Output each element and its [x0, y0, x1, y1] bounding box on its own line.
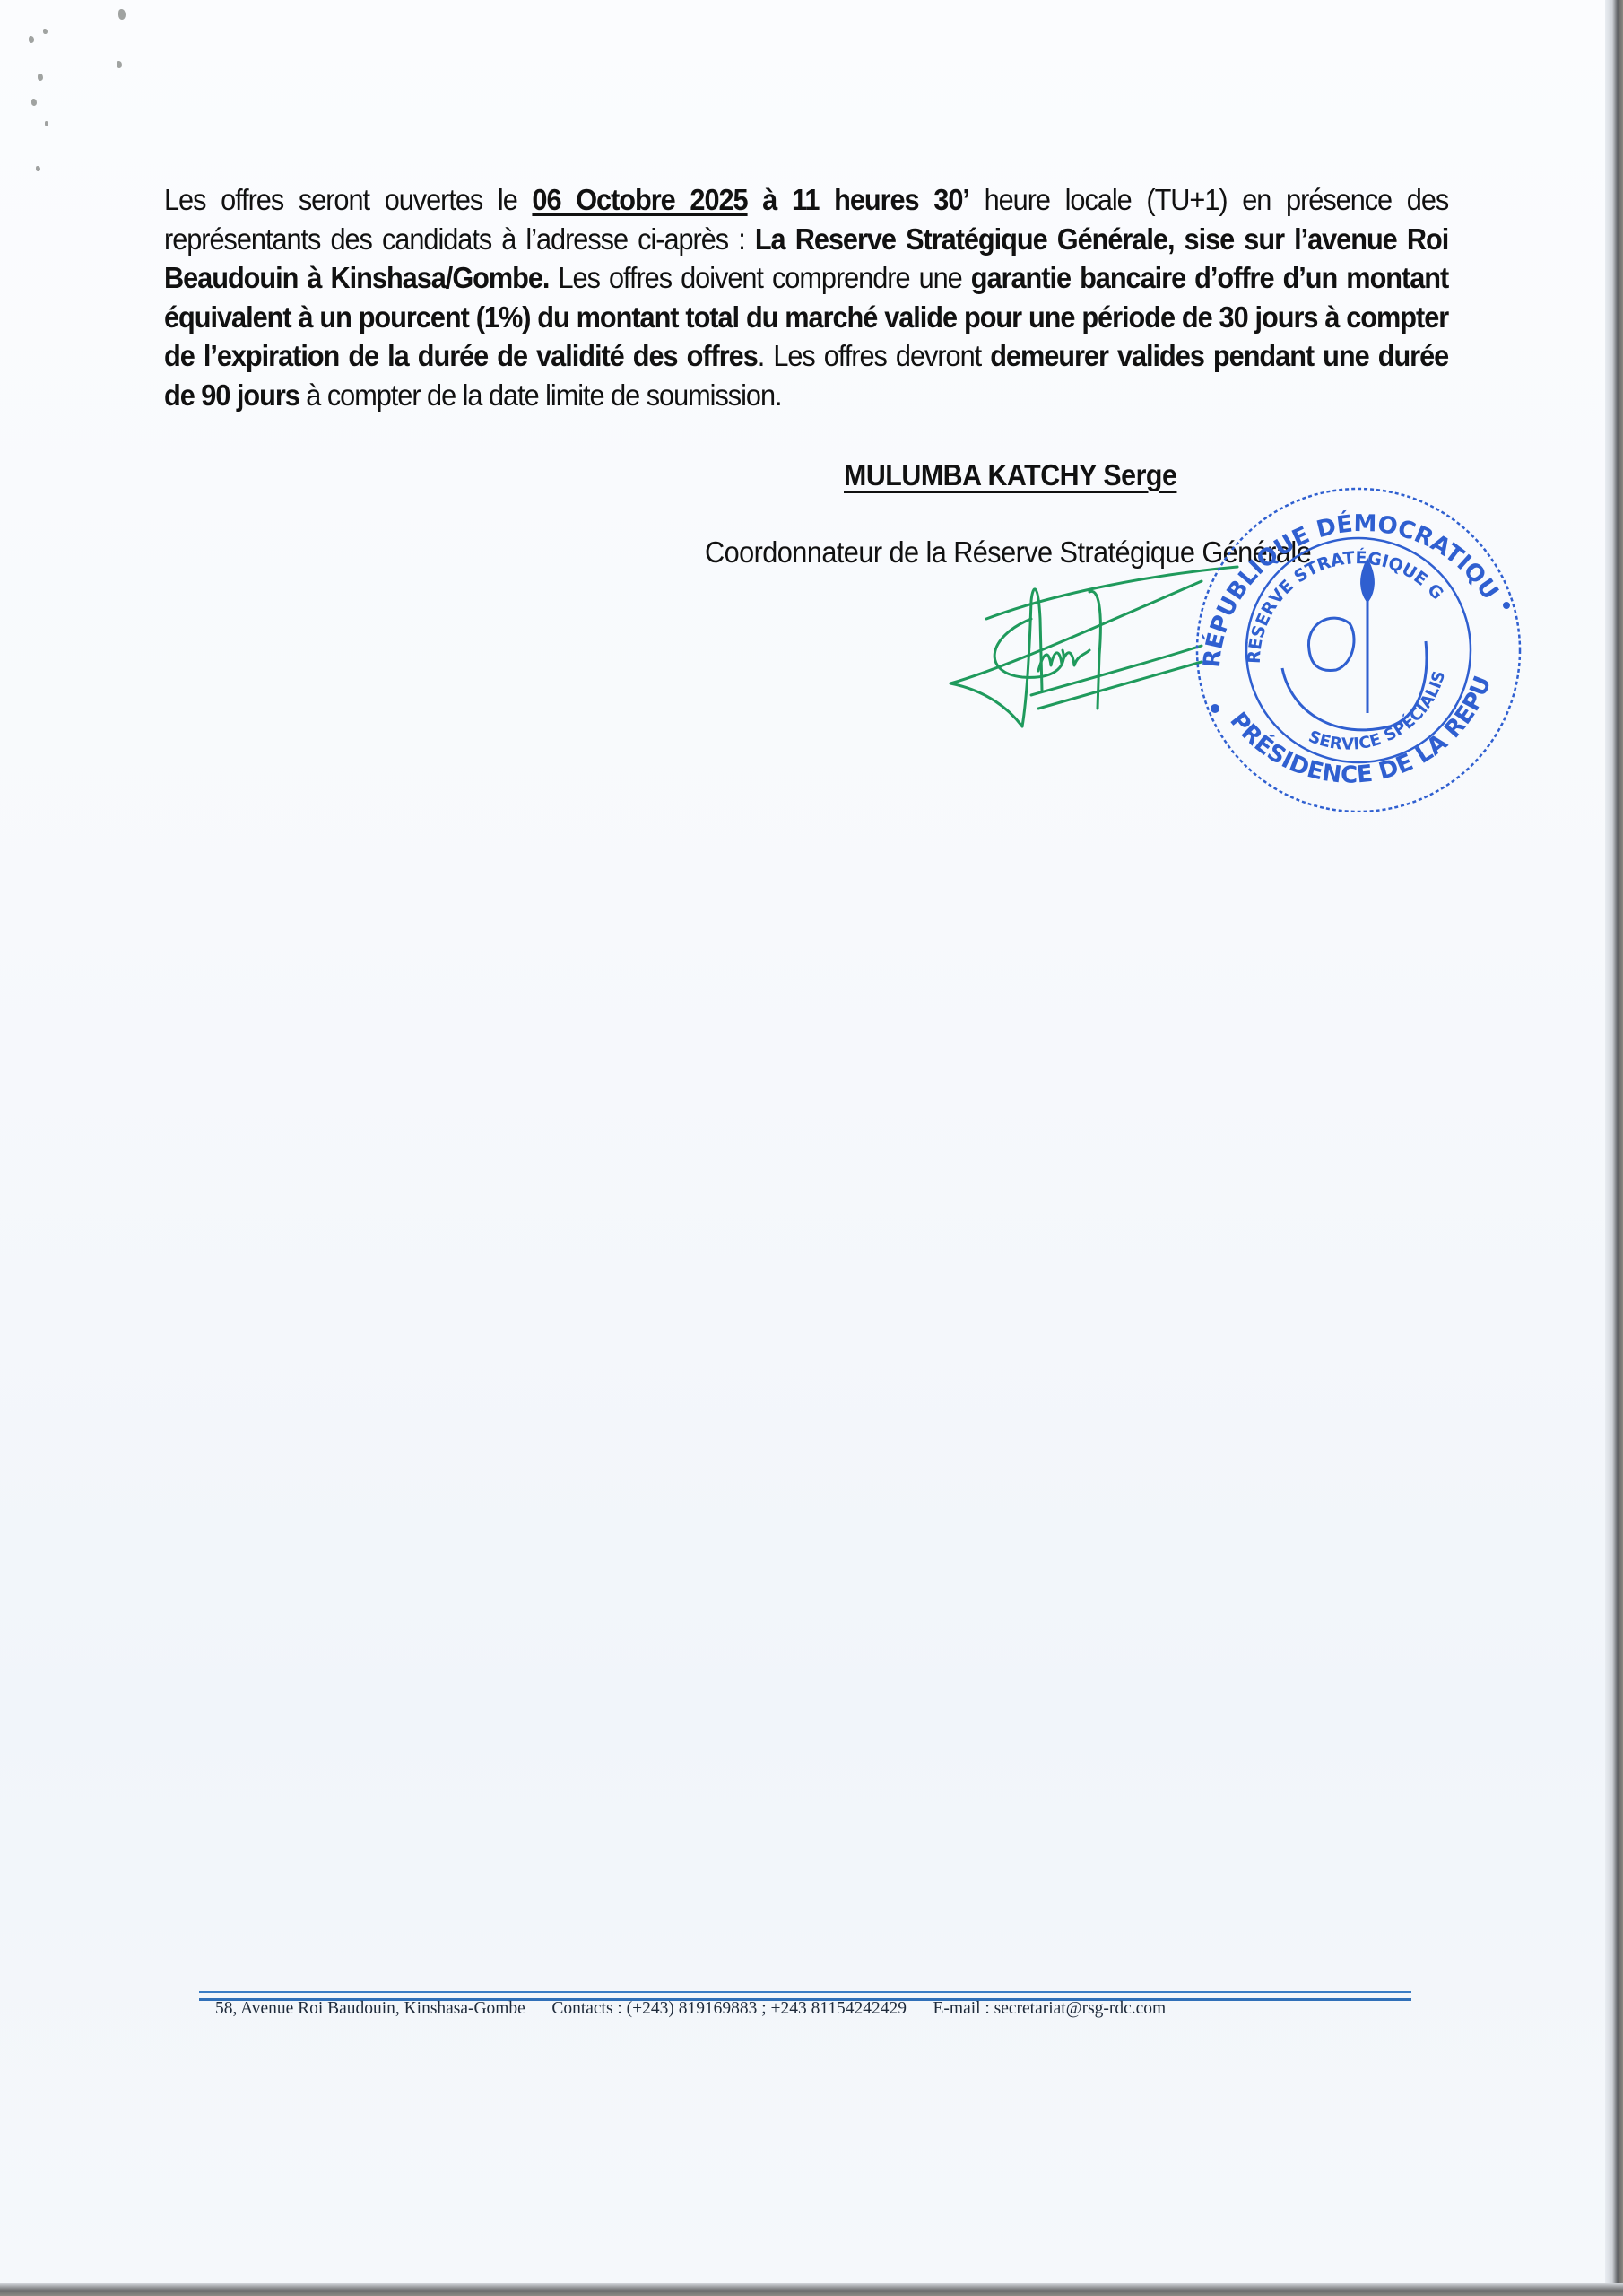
scan-page-edge-bottom [0, 2283, 1623, 2296]
paragraph-segment: à 11 heures 30’ [748, 183, 969, 216]
paragraph-segment: Les offres doivent comprendre une [549, 261, 970, 294]
document-page: Les offres seront ouvertes le 06 Octobre… [0, 0, 1605, 2283]
scan-artifacts [18, 9, 179, 188]
footer-email: E-mail : secretariat@rsg-rdc.com [933, 1998, 1167, 2018]
paragraph-segment: . Les offres devront [758, 339, 990, 372]
footer-address: 58, Avenue Roi Baudouin, Kinshasa-Gombe [215, 1998, 525, 2018]
signer-name: MULUMBA KATCHY Serge [844, 458, 1176, 492]
official-stamp: RÉPUBLIQUE DÉMOCRATIQUE DU CONGO PRÉSIDE… [1175, 471, 1533, 812]
paragraph-segment: 06 Octobre 2025 [532, 183, 747, 216]
footer-contact-line: 58, Avenue Roi Baudouin, Kinshasa-Gombe … [215, 1998, 1357, 2019]
scan-page-edge-right [1605, 0, 1623, 2296]
footer-contacts: Contacts : (+243) 819169883 ; +243 81154… [551, 1998, 907, 2018]
tender-opening-paragraph: Les offres seront ouvertes le 06 Octobre… [164, 180, 1448, 414]
paragraph-segment: à compter de la date limite de soumissio… [299, 378, 782, 412]
paragraph-segment: Les offres seront ouvertes le [164, 183, 532, 216]
